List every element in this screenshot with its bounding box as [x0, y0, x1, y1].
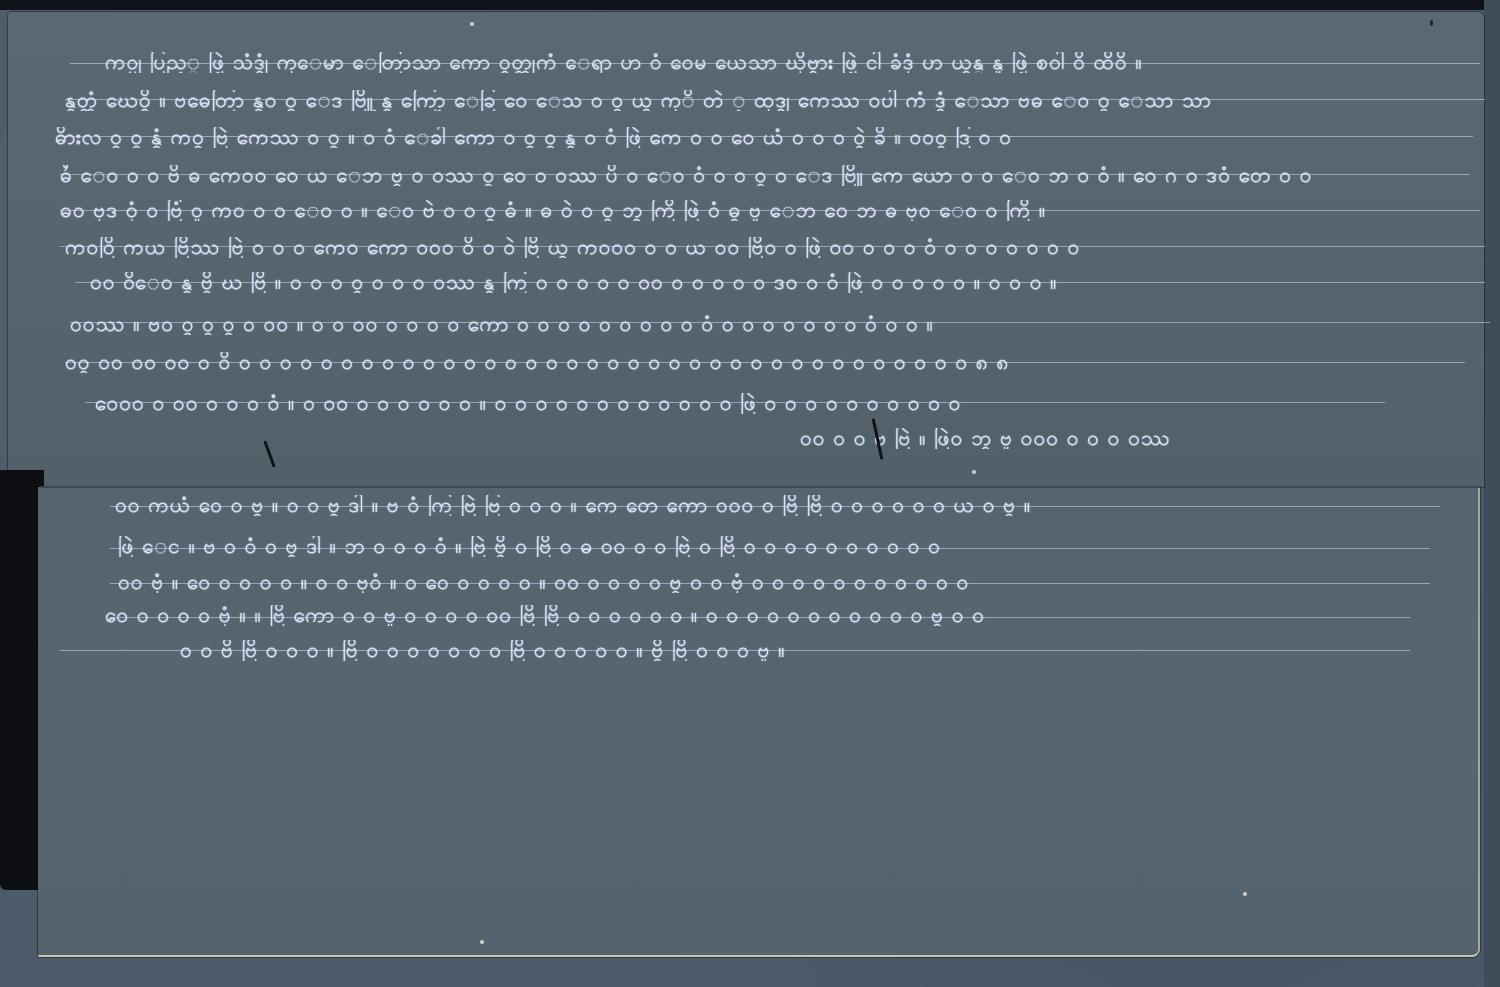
paper-speck	[972, 470, 976, 474]
paper-speck	[480, 940, 484, 944]
script-line: ဝဝွ ဝဝ ဝဝ ဝဝ ဝ ဝိ ဝ ဝ ဝ ဝ ဝ ဝ ဝ ဝ ဝ ဝ ဝ …	[65, 352, 1425, 373]
fold-crease	[40, 486, 1480, 488]
paper-speck	[470, 22, 474, 26]
script-line: ကဝဝြိ ကယ ဗြိဿ ဗြဲ ဝ ဝ ဝ ကေဝ ကော ဝဝဝ ဝိ ဝ…	[65, 237, 1460, 258]
script-line: ဝေဝဝ ဝ ဝဝ ဝ ဝ ဝ ဝံ ။ ဝ ဝဝ ဝ ဝ ဝ ဝ ဝ ဝ ။ …	[95, 393, 1385, 414]
script-line: ဝဝဿ ။ ဗဝ ဝွ ဝွ ဝွ ဝ ဝဝ ။ ဝ ဝ ဝဝ ဝ ဝ ဝ ဝ …	[70, 314, 1485, 335]
top-dark-border	[0, 0, 1500, 10]
script-line: ဝဝ ကယံ ဝေ ဝ ဗွ ။ ဝ ဝ ဗွ ဒါ ။ ဗ ဝံ ကြ ဗြဲ…	[115, 495, 1405, 516]
script-line: ဝဝ ဗုံ ။ ဝေ ဝ ဝ ဝ ဝ ။ ဝ ဝ ဗုဝံ ။ ဝ ဝေ ဝ …	[118, 572, 1418, 593]
script-line: ဓဝ ဗုဒ ဝုံ ဝ ဗြံ ဝူ ကဝ ဝ ဝ ေဝ ဝ ။ ေဝ ဗဲ …	[60, 200, 1420, 221]
script-line: ကဝ္ပု ပြည့္ ဖြဲ့ သံဒ္ဓုံ ကုေမာ ေတြာသာ ကေ…	[105, 52, 1485, 73]
script-line: နွတ္ထံ ဃေဝွိ ။ ဗဓေတြာ နွဝ ဝွ ေဒ ဗြိူ့ နွ…	[65, 90, 1460, 111]
paper-mark	[1430, 20, 1433, 26]
script-line: ဓိားလ ဝွ ဝွ နွံ ကဝွ ဗြဲ ကေဿ ဝ ဝွ ။ ဝ ဝံ …	[55, 127, 1445, 148]
script-line: ဝေ ဝ ဝ ဝ ဝ ဗုံ ။ ။ ဗြိ ကော ဝ ဝ ဗူ ဝ ဝ ဝ …	[105, 605, 1400, 626]
script-line: ဓႆ ေဝ ဝ ဝ ဗိ ဓ ကေဝဝ ဝေ ယ ေဘ ဗွ ဝ ဝဿ ဝွ ဝ…	[60, 165, 1380, 186]
script-line: ဝဝ ဝိေဝ နွ ဗွိ ဃ ဗြိ ။ ဝ ဝ ဝ ဝွ ဝ ဝ ဝ ဝဿ…	[90, 272, 1485, 293]
script-line: ဝ ဝ ဗိ ဗြိ ဝ ဝ ဝ ။ ဗြိ ဝ ဝ ဝ ဝ ဝ ဝ ဝ ဗြိ…	[180, 640, 1100, 661]
right-backing	[1484, 0, 1500, 987]
paper-speck	[1243, 892, 1247, 896]
script-line: ဝဝ ဝ ဝ ဗ ဗြဲ ။ ဖြဲဝ ဘွ ဗူ ဝဝဝ ဝ ဝ ဝ ဝဿ	[800, 428, 1380, 449]
script-line: ဖြဲ ေင ။ ဗ ဝ ဝံ ဝ ဗွ ဒါ ။ ဘ ဝ ဝ ဝ ဝံ ။ ဗ…	[118, 536, 1418, 557]
manuscript-bottom-panel	[38, 487, 1480, 957]
